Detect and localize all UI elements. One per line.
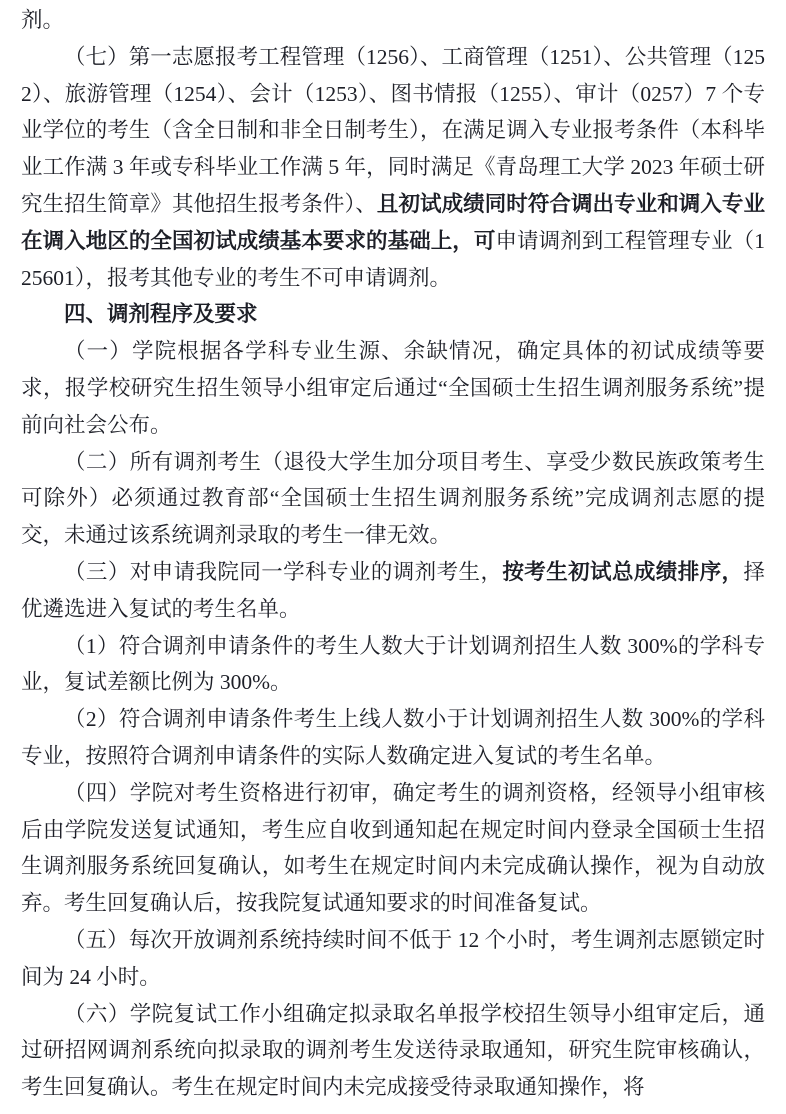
- text-run: （六）学院复试工作小组确定拟录取名单报学校招生领导小组审定后，通过研招网调剂系统…: [21, 1002, 765, 1100]
- paragraph-continuation: 剂。: [21, 2, 765, 39]
- text-run-bold: 按考生初试总成绩排序，: [502, 560, 743, 584]
- paragraph-subitem-1: （1）符合调剂申请条件的考生人数大于计划调剂招生人数 300%的学科专业，复试差…: [21, 628, 765, 702]
- text-run: （三）对申请我院同一学科专业的调剂考生，: [64, 560, 502, 584]
- section-heading-4: 四、调剂程序及要求: [21, 296, 765, 333]
- text-run: （1）符合调剂申请条件的考生人数大于计划调剂招生人数 300%的学科专业，复试差…: [21, 634, 765, 695]
- paragraph-item-5: （五）每次开放调剂系统持续时间不低于 12 个小时，考生调剂志愿锁定时间为 24…: [21, 922, 765, 996]
- paragraph-item-2: （二）所有调剂考生（退役大学生加分项目考生、享受少数民族政策考生可除外）必须通过…: [21, 444, 765, 554]
- document-page: 剂。 （七）第一志愿报考工程管理（1256）、工商管理（1251）、公共管理（1…: [0, 0, 786, 1114]
- text-run: （一）学院根据各学科专业生源、余缺情况，确定具体的初试成绩等要求，报学校研究生招…: [21, 339, 765, 437]
- paragraph-item-1: （一）学院根据各学科专业生源、余缺情况，确定具体的初试成绩等要求，报学校研究生招…: [21, 333, 765, 443]
- text-run: （四）学院对考生资格进行初审，确定考生的调剂资格，经领导小组审核后由学院发送复试…: [21, 781, 765, 915]
- paragraph-item-4: （四）学院对考生资格进行初审，确定考生的调剂资格，经领导小组审核后由学院发送复试…: [21, 775, 765, 922]
- heading-text: 四、调剂程序及要求: [64, 302, 258, 326]
- paragraph-item-6: （六）学院复试工作小组确定拟录取名单报学校招生领导小组审定后，通过研招网调剂系统…: [21, 996, 765, 1106]
- paragraph-item-3: （三）对申请我院同一学科专业的调剂考生，按考生初试总成绩排序，择优遴选进入复试的…: [21, 554, 765, 628]
- text-run: （七）第一志愿报考工程管理（1256）、工商管理（1251）、公共管理（1252…: [21, 45, 765, 216]
- paragraph-subitem-2: （2）符合调剂申请条件考生上线人数小于计划调剂招生人数 300%的学科专业，按照…: [21, 701, 765, 775]
- text-run: （2）符合调剂申请条件考生上线人数小于计划调剂招生人数 300%的学科专业，按照…: [21, 707, 765, 768]
- text-run: 剂。: [21, 8, 64, 32]
- text-run: （五）每次开放调剂系统持续时间不低于 12 个小时，考生调剂志愿锁定时间为 24…: [21, 928, 765, 989]
- paragraph-item-7: （七）第一志愿报考工程管理（1256）、工商管理（1251）、公共管理（1252…: [21, 39, 765, 297]
- text-run: （二）所有调剂考生（退役大学生加分项目考生、享受少数民族政策考生可除外）必须通过…: [21, 450, 765, 548]
